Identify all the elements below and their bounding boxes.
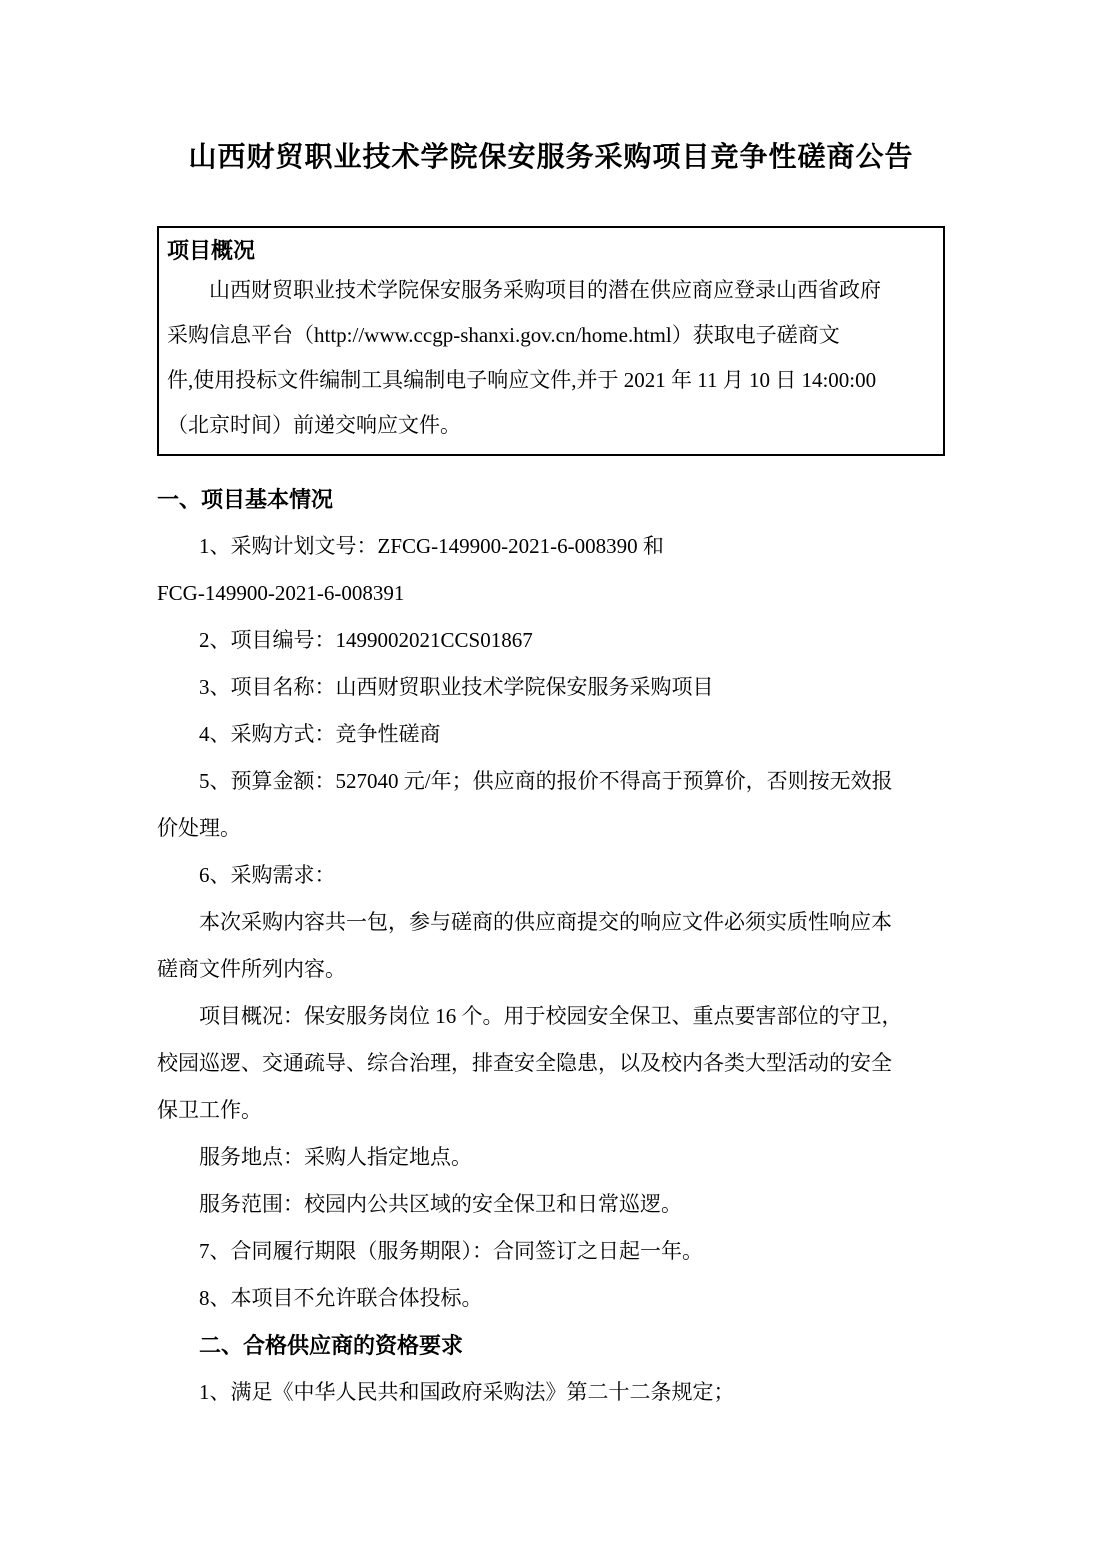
overview-paragraph-line: 件,使用投标文件编制工具编制电子响应文件,并于 2021 年 11 月 10 日…: [167, 358, 933, 403]
body-paragraph-line: 保卫工作。: [157, 1087, 945, 1134]
body-paragraph-line: 3、项目名称：山西财贸职业技术学院保安服务采购项目: [157, 664, 945, 711]
body-paragraph-line: 6、采购需求：: [157, 852, 945, 899]
body-paragraph-line: 8、本项目不允许联合体投标。: [157, 1275, 945, 1322]
overview-paragraph-line: （北京时间）前递交响应文件。: [167, 403, 933, 448]
overview-paragraph-line: 山西财贸职业技术学院保安服务采购项目的潜在供应商应登录山西省政府: [167, 268, 933, 313]
body-paragraph-line: 本次采购内容共一包，参与磋商的供应商提交的响应文件必须实质性响应本: [157, 899, 945, 946]
body-paragraph-line: FCG-149900-2021-6-008391: [157, 570, 945, 617]
body-paragraph-line: 服务地点：采购人指定地点。: [157, 1134, 945, 1181]
body-paragraph-line: 项目概况：保安服务岗位 16 个。用于校园安全保卫、重点要害部位的守卫，: [157, 993, 945, 1040]
body-paragraph-line: 2、项目编号：1499002021CCS01867: [157, 617, 945, 664]
body-paragraph-line: 磋商文件所列内容。: [157, 946, 945, 993]
section-heading: 二、合格供应商的资格要求: [157, 1322, 945, 1369]
body-paragraph-line: 价处理。: [157, 805, 945, 852]
document-page: 山西财贸职业技术学院保安服务采购项目竞争性磋商公告 项目概况 山西财贸职业技术学…: [0, 0, 1102, 1559]
overview-paragraph-line: 采购信息平台（http://www.ccgp-shanxi.gov.cn/hom…: [167, 313, 933, 358]
document-content: 山西财贸职业技术学院保安服务采购项目竞争性磋商公告 项目概况 山西财贸职业技术学…: [157, 0, 945, 1416]
overview-box-heading: 项目概况: [167, 234, 933, 268]
body-paragraph-line: 1、满足《中华人民共和国政府采购法》第二十二条规定；: [157, 1369, 945, 1416]
project-overview-box: 项目概况 山西财贸职业技术学院保安服务采购项目的潜在供应商应登录山西省政府采购信…: [157, 226, 945, 456]
body-paragraph-line: 4、采购方式：竞争性磋商: [157, 711, 945, 758]
body-paragraph-line: 5、预算金额：527040 元/年；供应商的报价不得高于预算价，否则按无效报: [157, 758, 945, 805]
document-title: 山西财贸职业技术学院保安服务采购项目竞争性磋商公告: [157, 0, 945, 180]
document-body: 一、项目基本情况1、采购计划文号：ZFCG-149900-2021-6-0083…: [157, 476, 945, 1416]
body-paragraph-line: 7、合同履行期限（服务期限）：合同签订之日起一年。: [157, 1228, 945, 1275]
section-heading: 一、项目基本情况: [157, 476, 945, 523]
body-paragraph-line: 1、采购计划文号：ZFCG-149900-2021-6-008390 和: [157, 523, 945, 570]
body-paragraph-line: 服务范围：校园内公共区域的安全保卫和日常巡逻。: [157, 1181, 945, 1228]
overview-box-body: 山西财贸职业技术学院保安服务采购项目的潜在供应商应登录山西省政府采购信息平台（h…: [167, 268, 933, 448]
body-paragraph-line: 校园巡逻、交通疏导、综合治理，排查安全隐患，以及校内各类大型活动的安全: [157, 1040, 945, 1087]
